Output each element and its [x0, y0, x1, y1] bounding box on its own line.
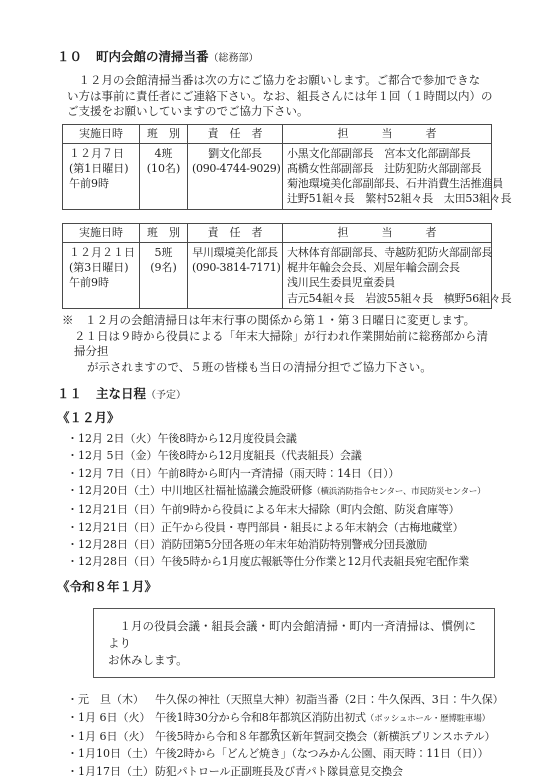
leader-phone: (090-4744-9029) [192, 161, 278, 176]
schedule-item: ・1月10日（土） 午後2時から「どんど焼き」（なつみかん公園、雨天時：11日（… [67, 745, 495, 762]
event-description-main: 午後1時30分から令和8年都筑区消防出初式 [155, 711, 366, 724]
january-heading: 《令和８年１月》 [57, 579, 495, 595]
header-leader: 責 任 者 [188, 124, 283, 143]
header-members: 担 当 者 [283, 223, 492, 242]
event-date: ・12月 5日（金） [67, 447, 158, 464]
cell-datetime: １２月７日 (第1日曜日) 午前9時 [63, 143, 140, 209]
holiday-notice-box: １月の役員会議・組長会議・町内会館清掃・町内一斉清掃は、慣例により お休みします… [93, 608, 495, 678]
event-description: 防犯パトロール正副班長及び青パト隊員意見交換会 [155, 763, 495, 776]
event-description: 午後5時から1月度広報紙等仕分作業と12月代表組長宛宅配作業 [161, 553, 495, 570]
section-11-heading: １１主な日程（予定） [57, 385, 495, 404]
duty-time: 午前9時 [67, 176, 135, 191]
section-10-title: 町内会館の清掃当番 [96, 49, 209, 64]
schedule-item: ・元 旦（木） 牛久保の神社（天照皇大神）初詣当番（2日：牛久保西、3日：牛久保… [67, 691, 495, 708]
members-line: 梶井年輪会会長、刈屋年輪会副会長 [287, 260, 487, 275]
members-line: 小黒文化部副部長 宮本文化部副部長 [287, 146, 487, 161]
table-header-row: 実施日時 班 別 責 任 者 担 当 者 [63, 124, 492, 143]
schedule-list-december: ・12月 2日（火） 午後8時から12月度役員会議 ・12月 5日（金） 午後8… [67, 430, 495, 570]
cell-datetime: １２月２１日 (第3日曜日) 午前9時 [63, 242, 140, 308]
section-10-number: １０ [57, 49, 82, 64]
schedule-item: ・1月 6日（火） 午後1時30分から令和8年都筑区消防出初式（ボッシュホール・… [67, 709, 495, 728]
schedule-item: ・1月17日（土） 防犯パトロール正副班長及び青パト隊員意見交換会 [67, 763, 495, 776]
cell-members: 大林体育部副部長、寺越防犯防火部副部長 梶井年輪会会長、刈屋年輪会副会長 浅川民… [283, 242, 492, 308]
section-10-dept: （総務部） [209, 53, 259, 64]
note-line: が示されますので、５班の皆様も当日の清掃分担でご協力下さい。 [87, 360, 495, 376]
members-line: 辻野51組々長 繁村52組々長 太田53組々長 [287, 191, 487, 206]
event-date: ・12月28日（日） [67, 536, 161, 553]
event-description-venue: （ボッシュホール・歴博駐車場） [366, 714, 490, 724]
members-line: 大林体育部副部長、寺越防犯防火部副部長 [287, 245, 487, 260]
event-description: 午後1時30分から令和8年都筑区消防出初式（ボッシュホール・歴博駐車場） [155, 709, 495, 728]
event-date: ・1月10日（土） [67, 745, 155, 762]
event-date: ・1月 6日（火） [67, 709, 155, 726]
duty-weekday: (第1日曜日) [67, 161, 135, 176]
header-datetime: 実施日時 [63, 124, 140, 143]
holiday-notice-line: １月の役員会議・組長会議・町内会館清掃・町内一斉清掃は、慣例により [108, 618, 480, 652]
note-line: ２１日は９時から役員による「年末大掃除」が行われ作業開始前に総務部から清掃分担 [74, 329, 495, 361]
event-date: ・12月21日（日） [67, 519, 161, 536]
members-line: 菊池環境美化部副部長、石井消費生活推進員 [287, 176, 487, 191]
event-description: 午前8時から町内一斉清掃（雨天時：14日（日）） [158, 465, 496, 482]
schedule-item: ・12月 5日（金） 午後8時から12月度組長（代表組長）会議 [67, 447, 495, 464]
note-line: ※ １２月の会館清掃日は年末行事の関係から第１・第３日曜日に変更します。 [62, 313, 495, 329]
event-description: 正午から役員・専門部員・組長による年末納会（古梅地蔵堂） [161, 519, 495, 536]
intro-paragraph: １２月の会館清掃当番は次の方にご協力をお願いします。ご都合で参加できな い方は事… [67, 73, 495, 120]
intro-line: い方は事前に責任者にご連絡下さい。なお、組長さんには年１回（１時間以内）の [67, 89, 495, 105]
schedule-item: ・12月21日（日） 正午から役員・専門部員・組長による年末納会（古梅地蔵堂） [67, 519, 495, 536]
event-description: 消防団第5分団各班の年末年始消防特別警戒分団長激励 [161, 536, 495, 553]
event-date: ・12月 2日（火） [67, 430, 158, 447]
schedule-item: ・12月 2日（火） 午後8時から12月度役員会議 [67, 430, 495, 447]
event-date: ・12月21日（日） [67, 501, 161, 518]
cell-members: 小黒文化部副部長 宮本文化部副部長 髙橋女性部副部長 辻防犯防火部副部長 菊池環… [283, 143, 492, 209]
members-line: 浅川民生委員児童委員 [287, 275, 487, 290]
members-line: 吉元54組々長 岩波55組々長 槙野56組々長 [287, 291, 487, 306]
header-leader: 責 任 者 [188, 223, 283, 242]
event-description: 午後2時から「どんど焼き」（なつみかん公園、雨天時：11日（日）） [155, 745, 495, 762]
section-11-suffix: （予定） [146, 390, 186, 401]
duty-time: 午前9時 [67, 275, 135, 290]
group-size: (9名) [144, 260, 183, 275]
cleaning-notes: ※ １２月の会館清掃日は年末行事の関係から第１・第３日曜日に変更します。 ２１日… [57, 313, 495, 376]
table-data-row: １２月７日 (第1日曜日) 午前9時 4班 (10名) 劉文化部長 (090-4… [63, 143, 492, 209]
event-date: ・元 旦（木） [67, 691, 155, 708]
cell-leader: 早川環境美化部長 (090-3814-7171) [188, 242, 283, 308]
group-name: 5班 [144, 245, 183, 260]
document-page: １０町内会館の清掃当番（総務部） １２月の会館清掃当番は次の方にご協力をお願いし… [0, 0, 549, 776]
duty-date: １２月２１日 [67, 245, 135, 260]
event-description: 牛久保の神社（天照皇大神）初詣当番（2日：牛久保西、3日：牛久保） [155, 691, 503, 708]
table-data-row: １２月２１日 (第3日曜日) 午前9時 5班 (9名) 早川環境美化部長 (09… [63, 242, 492, 308]
event-description: 午前9時から役員による年末大掃除（町内会館、防災倉庫等） [161, 501, 495, 518]
cell-group: 5班 (9名) [140, 242, 188, 308]
section-10-heading: １０町内会館の清掃当番（総務部） [57, 48, 495, 67]
schedule-item: ・12月21日（日） 午前9時から役員による年末大掃除（町内会館、防災倉庫等） [67, 501, 495, 518]
leader-name: 劉文化部長 [192, 146, 278, 161]
leader-name: 早川環境美化部長 [192, 245, 278, 260]
table-header-row: 実施日時 班 別 責 任 者 担 当 者 [63, 223, 492, 242]
holiday-notice-line: お休みします。 [108, 652, 480, 669]
section-11-number: １１ [57, 386, 82, 401]
event-description: 午後8時から12月度組長（代表組長）会議 [158, 447, 496, 464]
cell-group: 4班 (10名) [140, 143, 188, 209]
cleaning-duty-table-dec21: 実施日時 班 別 責 任 者 担 当 者 １２月２１日 (第3日曜日) 午前9時… [62, 223, 492, 309]
header-datetime: 実施日時 [63, 223, 140, 242]
december-heading: 《１２月》 [57, 410, 495, 426]
event-description-venue: （横浜消防指令センター、市民防災センター） [312, 487, 485, 497]
leader-phone: (090-3814-7171) [192, 260, 278, 275]
schedule-item: ・12月20日（土） 中川地区社福祉協議会施設研修（横浜消防指令センター、市民防… [67, 482, 495, 501]
intro-line: １２月の会館清掃当番は次の方にご協力をお願いします。ご都合で参加できな [67, 73, 495, 89]
group-size: (10名) [144, 161, 183, 176]
members-line: 髙橋女性部副部長 辻防犯防火部副部長 [287, 161, 487, 176]
cell-leader: 劉文化部長 (090-4744-9029) [188, 143, 283, 209]
event-description: 中川地区社福祉協議会施設研修（横浜消防指令センター、市民防災センター） [161, 482, 495, 501]
cleaning-duty-table-dec7: 実施日時 班 別 責 任 者 担 当 者 １２月７日 (第1日曜日) 午前9時 … [62, 124, 492, 210]
group-name: 4班 [144, 146, 183, 161]
schedule-item: ・12月 7日（日） 午前8時から町内一斉清掃（雨天時：14日（日）） [67, 465, 495, 482]
section-11-title: 主な日程 [96, 386, 146, 401]
intro-line: ご支援をお願いしていますのでご協力下さい。 [67, 104, 495, 120]
duty-date: １２月７日 [67, 146, 135, 161]
schedule-item: ・12月28日（日） 午後5時から1月度広報紙等仕分作業と12月代表組長宛宅配作… [67, 553, 495, 570]
page-number: - 7 - [0, 728, 549, 739]
event-description: 午後8時から12月度役員会議 [158, 430, 496, 447]
duty-weekday: (第3日曜日) [67, 260, 135, 275]
header-group: 班 別 [140, 223, 188, 242]
event-date: ・12月28日（日） [67, 553, 161, 570]
header-members: 担 当 者 [283, 124, 492, 143]
event-description-main: 中川地区社福祉協議会施設研修 [161, 484, 312, 497]
event-date: ・12月20日（土） [67, 482, 161, 499]
header-group: 班 別 [140, 124, 188, 143]
event-date: ・12月 7日（日） [67, 465, 158, 482]
schedule-item: ・12月28日（日） 消防団第5分団各班の年末年始消防特別警戒分団長激励 [67, 536, 495, 553]
event-date: ・1月17日（土） [67, 763, 155, 776]
